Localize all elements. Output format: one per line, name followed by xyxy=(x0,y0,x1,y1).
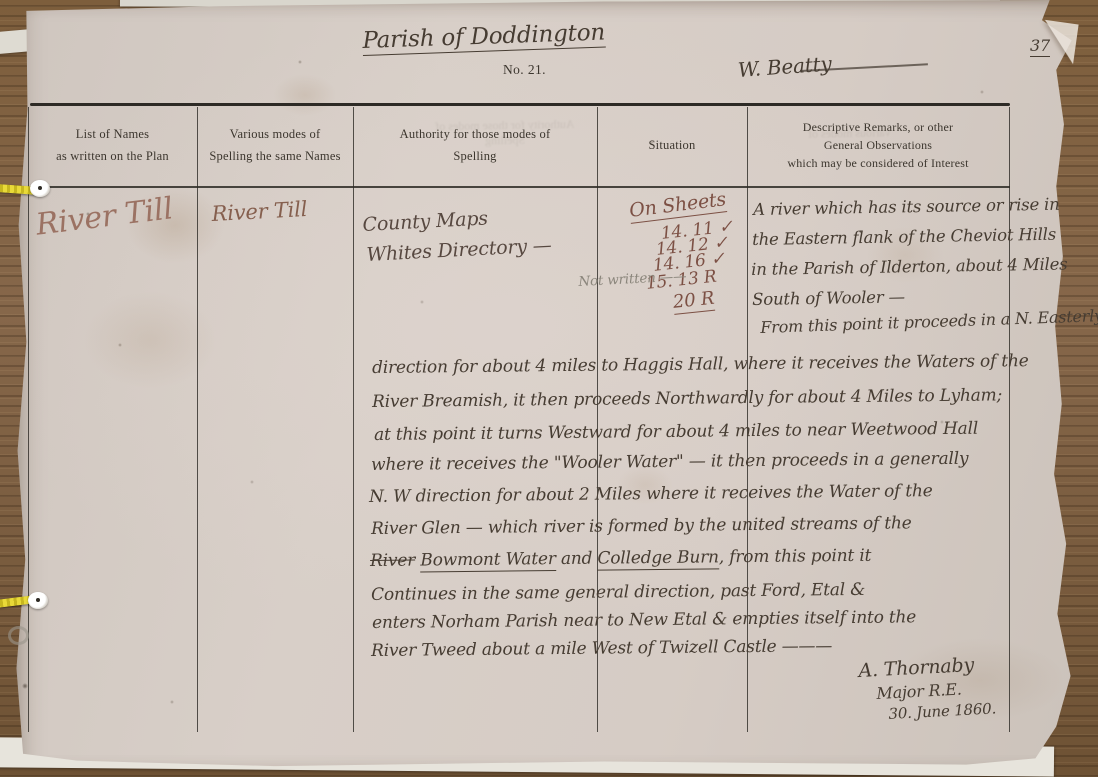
column-divider-2 xyxy=(353,107,354,732)
header-line: which may be considered of Interest xyxy=(747,157,1009,169)
struck-word: River xyxy=(370,551,415,571)
column-header-names: List of Names as written on the Plan xyxy=(28,104,197,186)
page-number: 37 xyxy=(1030,36,1050,55)
header-line: Descriptive Remarks, or other xyxy=(747,121,1009,133)
remarks-fragment: and xyxy=(556,549,598,569)
underlined-name: Colledge Burn xyxy=(597,547,719,570)
column-header-spelling-modes: Various modes of Spelling the same Names xyxy=(197,104,353,186)
punched-hole-grommet-top xyxy=(30,180,50,197)
header-line: General Observations xyxy=(747,139,1009,151)
form-number: No. 21. xyxy=(503,62,546,78)
remarks-fragment: , from this point it xyxy=(719,546,872,568)
header-line: Various modes of xyxy=(197,128,353,141)
header-line: as written on the Plan xyxy=(28,150,197,163)
scanned-name-book-page: Parish of Doddington No. 21. W. Beatty 3… xyxy=(0,0,1098,777)
page-number-text: 37 xyxy=(1030,36,1050,57)
column-header-remarks: Descriptive Remarks, or other General Ob… xyxy=(747,104,1009,186)
punched-hole-grommet-bottom xyxy=(28,592,48,609)
header-line: Spelling the same Names xyxy=(197,150,353,163)
header-line: Situation xyxy=(597,139,747,152)
header-line: List of Names xyxy=(28,128,197,141)
underlined-name: Bowmont Water xyxy=(420,549,556,572)
header-line: Spelling xyxy=(353,150,597,163)
metal-eyelet xyxy=(8,626,29,645)
sheet-ref-underlined: 20 R xyxy=(672,288,715,313)
spelling-mode: River Till xyxy=(211,197,308,226)
header-line: Authority for those modes of xyxy=(353,128,597,141)
sheet-ref-text: 20 R xyxy=(672,288,716,315)
column-header-situation: Situation xyxy=(597,104,747,186)
column-divider-1 xyxy=(197,107,198,732)
remarks-line: South of Wooler — xyxy=(752,287,905,309)
column-header-authority: Authority for those modes of Spelling xyxy=(353,104,597,186)
header-separator-rule xyxy=(30,186,1010,188)
